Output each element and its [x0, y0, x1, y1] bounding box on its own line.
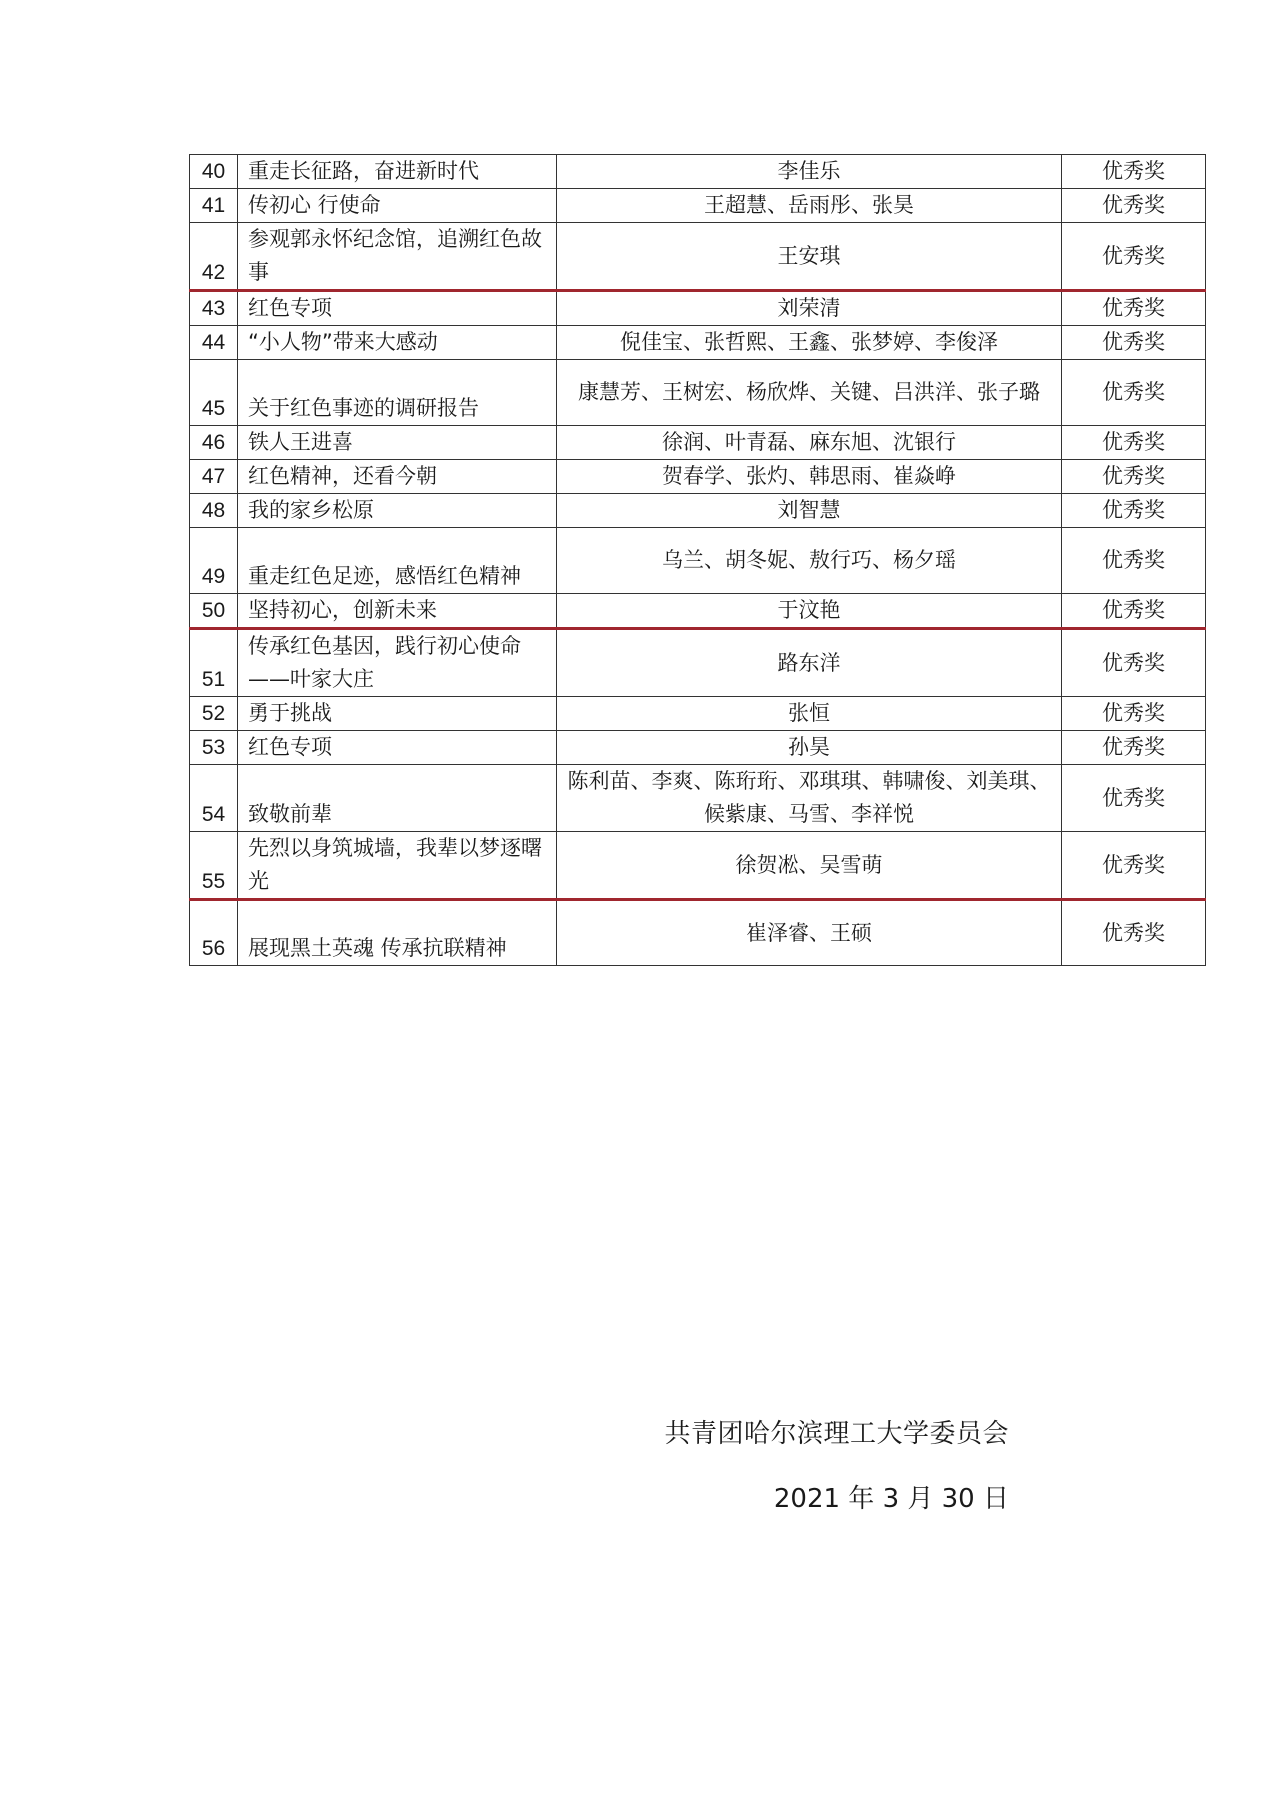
award-level: 优秀奖: [1062, 528, 1206, 594]
work-title: 红色专项: [238, 291, 557, 326]
row-number-text: 45: [190, 392, 237, 425]
participant-names-text: 张恒: [563, 697, 1055, 730]
award-table-body: 40 重走长征路，奋进新时代 李佳乐 优秀奖 41 传初心 行使命 王超慧、岳雨…: [190, 155, 1206, 966]
row-number: 45: [190, 360, 238, 426]
award-table: 40 重走长征路，奋进新时代 李佳乐 优秀奖 41 传初心 行使命 王超慧、岳雨…: [189, 154, 1206, 966]
row-number-text: 41: [190, 189, 237, 222]
row-number: 44: [190, 326, 238, 360]
row-number-text: 50: [190, 594, 237, 627]
participant-names-text: 崔泽睿、王硕: [563, 917, 1055, 950]
work-title-text: “小人物”带来大感动: [248, 326, 548, 359]
award-level-text: 优秀奖: [1062, 697, 1205, 730]
table-row: 55 先烈以身筑城墙，我辈以梦逐曙光 徐贺凇、吴雪萌 优秀奖: [190, 832, 1206, 900]
work-title-text: 参观郭永怀纪念馆，追溯红色故事: [248, 223, 548, 289]
work-title-text: 重走长征路，奋进新时代: [248, 155, 548, 188]
participant-names-text: 于汶艳: [563, 594, 1055, 627]
row-number-text: 51: [190, 663, 237, 696]
award-level: 优秀奖: [1062, 697, 1206, 731]
award-level: 优秀奖: [1062, 189, 1206, 223]
award-level-text: 优秀奖: [1062, 326, 1205, 359]
participant-names: 乌兰、胡冬妮、敖行巧、杨夕瑶: [557, 528, 1062, 594]
participant-names: 于汶艳: [557, 594, 1062, 629]
row-number-text: 47: [190, 460, 237, 493]
row-number: 52: [190, 697, 238, 731]
table-row: 46 铁人王进喜 徐润、叶青磊、麻东旭、沈银行 优秀奖: [190, 426, 1206, 460]
award-level: 优秀奖: [1062, 765, 1206, 832]
participant-names-text: 王安琪: [563, 240, 1055, 273]
row-number: 55: [190, 832, 238, 900]
participant-names-text: 徐贺凇、吴雪萌: [563, 849, 1055, 882]
award-level: 优秀奖: [1062, 832, 1206, 900]
table-row: 54 致敬前辈 陈利苗、李爽、陈珩珩、邓琪琪、韩啸俊、刘美琪、候紫康、马雪、李祥…: [190, 765, 1206, 832]
award-level: 优秀奖: [1062, 900, 1206, 966]
table-row: 51 传承红色基因，践行初心使命——叶家大庄 路东洋 优秀奖: [190, 629, 1206, 697]
row-number-text: 42: [190, 256, 237, 289]
participant-names-text: 康慧芳、王树宏、杨欣烨、关键、吕洪洋、张子璐: [563, 376, 1055, 409]
work-title-text: 先烈以身筑城墙，我辈以梦逐曙光: [248, 832, 548, 898]
award-level: 优秀奖: [1062, 426, 1206, 460]
row-number-text: 56: [190, 932, 237, 965]
work-title: 关于红色事迹的调研报告: [238, 360, 557, 426]
row-number-text: 49: [190, 560, 237, 593]
award-level: 优秀奖: [1062, 360, 1206, 426]
participant-names: 陈利苗、李爽、陈珩珩、邓琪琪、韩啸俊、刘美琪、候紫康、马雪、李祥悦: [557, 765, 1062, 832]
work-title-text: 展现黑土英魂 传承抗联精神: [248, 932, 548, 965]
row-number: 56: [190, 900, 238, 966]
row-number: 48: [190, 494, 238, 528]
row-number: 53: [190, 731, 238, 765]
table-row: 42 参观郭永怀纪念馆，追溯红色故事 王安琪 优秀奖: [190, 223, 1206, 291]
work-title-text: 红色专项: [248, 292, 548, 325]
participant-names: 孙昊: [557, 731, 1062, 765]
table-row: 41 传初心 行使命 王超慧、岳雨彤、张昊 优秀奖: [190, 189, 1206, 223]
work-title: 传承红色基因，践行初心使命——叶家大庄: [238, 629, 557, 697]
award-level-text: 优秀奖: [1062, 494, 1205, 527]
work-title: 重走长征路，奋进新时代: [238, 155, 557, 189]
work-title-text: 红色专项: [248, 731, 548, 764]
work-title: 传初心 行使命: [238, 189, 557, 223]
award-level: 优秀奖: [1062, 223, 1206, 291]
row-number: 40: [190, 155, 238, 189]
participant-names: 刘智慧: [557, 494, 1062, 528]
work-title: “小人物”带来大感动: [238, 326, 557, 360]
row-number: 50: [190, 594, 238, 629]
award-level: 优秀奖: [1062, 326, 1206, 360]
participant-names: 贺春学、张灼、韩思雨、崔焱峥: [557, 460, 1062, 494]
row-number-text: 52: [190, 697, 237, 730]
table-row: 40 重走长征路，奋进新时代 李佳乐 优秀奖: [190, 155, 1206, 189]
award-level-text: 优秀奖: [1062, 460, 1205, 493]
award-level: 优秀奖: [1062, 731, 1206, 765]
award-level-text: 优秀奖: [1062, 917, 1205, 950]
work-title: 铁人王进喜: [238, 426, 557, 460]
participant-names: 王安琪: [557, 223, 1062, 291]
table-row: 44 “小人物”带来大感动 倪佳宝、张哲熙、王鑫、张梦婷、李俊泽 优秀奖: [190, 326, 1206, 360]
award-level-text: 优秀奖: [1062, 189, 1205, 222]
award-level-text: 优秀奖: [1062, 240, 1205, 273]
award-level: 优秀奖: [1062, 629, 1206, 697]
work-title: 红色专项: [238, 731, 557, 765]
row-number: 51: [190, 629, 238, 697]
participant-names: 张恒: [557, 697, 1062, 731]
award-level-text: 优秀奖: [1062, 155, 1205, 188]
participant-names-text: 徐润、叶青磊、麻东旭、沈银行: [563, 426, 1055, 459]
award-level: 优秀奖: [1062, 460, 1206, 494]
work-title-text: 重走红色足迹，感悟红色精神: [248, 560, 548, 593]
issue-date: 2021 年 3 月 30 日: [774, 1478, 1009, 1515]
work-title: 我的家乡松原: [238, 494, 557, 528]
work-title-text: 坚持初心，创新未来: [248, 594, 548, 627]
participant-names: 刘荣清: [557, 291, 1062, 326]
work-title: 勇于挑战: [238, 697, 557, 731]
table-row: 49 重走红色足迹，感悟红色精神 乌兰、胡冬妮、敖行巧、杨夕瑶 优秀奖: [190, 528, 1206, 594]
work-title-text: 红色精神，还看今朝: [248, 460, 548, 493]
work-title: 先烈以身筑城墙，我辈以梦逐曙光: [238, 832, 557, 900]
work-title: 坚持初心，创新未来: [238, 594, 557, 629]
award-level-text: 优秀奖: [1062, 782, 1205, 815]
work-title: 参观郭永怀纪念馆，追溯红色故事: [238, 223, 557, 291]
work-title: 展现黑土英魂 传承抗联精神: [238, 900, 557, 966]
work-title-text: 传初心 行使命: [248, 189, 548, 222]
participant-names: 王超慧、岳雨彤、张昊: [557, 189, 1062, 223]
row-number-text: 43: [190, 292, 237, 325]
participant-names-text: 李佳乐: [563, 155, 1055, 188]
participant-names-text: 王超慧、岳雨彤、张昊: [563, 189, 1055, 222]
table-row: 47 红色精神，还看今朝 贺春学、张灼、韩思雨、崔焱峥 优秀奖: [190, 460, 1206, 494]
row-number-text: 54: [190, 798, 237, 831]
table-row: 48 我的家乡松原 刘智慧 优秀奖: [190, 494, 1206, 528]
participant-names: 倪佳宝、张哲熙、王鑫、张梦婷、李俊泽: [557, 326, 1062, 360]
row-number: 41: [190, 189, 238, 223]
participant-names: 康慧芳、王树宏、杨欣烨、关键、吕洪洋、张子璐: [557, 360, 1062, 426]
work-title: 致敬前辈: [238, 765, 557, 832]
participant-names-text: 路东洋: [563, 647, 1055, 680]
participant-names-text: 刘智慧: [563, 494, 1055, 527]
row-number-text: 44: [190, 326, 237, 359]
table-row: 52 勇于挑战 张恒 优秀奖: [190, 697, 1206, 731]
row-number-text: 40: [190, 155, 237, 188]
row-number: 47: [190, 460, 238, 494]
row-number: 54: [190, 765, 238, 832]
row-number: 43: [190, 291, 238, 326]
participant-names: 李佳乐: [557, 155, 1062, 189]
award-level-text: 优秀奖: [1062, 647, 1205, 680]
award-level-text: 优秀奖: [1062, 731, 1205, 764]
award-level-text: 优秀奖: [1062, 849, 1205, 882]
award-level: 优秀奖: [1062, 494, 1206, 528]
participant-names-text: 贺春学、张灼、韩思雨、崔焱峥: [563, 460, 1055, 493]
award-level-text: 优秀奖: [1062, 594, 1205, 627]
work-title-text: 铁人王进喜: [248, 426, 548, 459]
work-title-text: 勇于挑战: [248, 697, 548, 730]
table-row: 50 坚持初心，创新未来 于汶艳 优秀奖: [190, 594, 1206, 629]
award-level: 优秀奖: [1062, 155, 1206, 189]
table-row: 43 红色专项 刘荣清 优秀奖: [190, 291, 1206, 326]
award-level-text: 优秀奖: [1062, 426, 1205, 459]
award-level-text: 优秀奖: [1062, 376, 1205, 409]
participant-names: 路东洋: [557, 629, 1062, 697]
participant-names-text: 陈利苗、李爽、陈珩珩、邓琪琪、韩啸俊、刘美琪、候紫康、马雪、李祥悦: [563, 765, 1055, 831]
award-level-text: 优秀奖: [1062, 544, 1205, 577]
row-number-text: 48: [190, 494, 237, 527]
row-number: 42: [190, 223, 238, 291]
work-title: 红色精神，还看今朝: [238, 460, 557, 494]
row-number-text: 46: [190, 426, 237, 459]
row-number: 46: [190, 426, 238, 460]
work-title-text: 我的家乡松原: [248, 494, 548, 527]
table-row: 45 关于红色事迹的调研报告 康慧芳、王树宏、杨欣烨、关键、吕洪洋、张子璐 优秀…: [190, 360, 1206, 426]
row-number-text: 55: [190, 865, 237, 898]
work-title-text: 传承红色基因，践行初心使命——叶家大庄: [248, 630, 548, 696]
participant-names-text: 倪佳宝、张哲熙、王鑫、张梦婷、李俊泽: [563, 326, 1055, 359]
work-title: 重走红色足迹，感悟红色精神: [238, 528, 557, 594]
participant-names: 徐贺凇、吴雪萌: [557, 832, 1062, 900]
row-number-text: 53: [190, 731, 237, 764]
participant-names-text: 孙昊: [563, 731, 1055, 764]
issuing-organization: 共青团哈尔滨理工大学委员会: [664, 1413, 1009, 1450]
participant-names-text: 乌兰、胡冬妮、敖行巧、杨夕瑶: [563, 544, 1055, 577]
award-level-text: 优秀奖: [1062, 292, 1205, 325]
participant-names: 徐润、叶青磊、麻东旭、沈银行: [557, 426, 1062, 460]
table-row: 56 展现黑土英魂 传承抗联精神 崔泽睿、王硕 优秀奖: [190, 900, 1206, 966]
participant-names: 崔泽睿、王硕: [557, 900, 1062, 966]
work-title-text: 关于红色事迹的调研报告: [248, 392, 548, 425]
row-number: 49: [190, 528, 238, 594]
table-row: 53 红色专项 孙昊 优秀奖: [190, 731, 1206, 765]
award-level: 优秀奖: [1062, 594, 1206, 629]
work-title-text: 致敬前辈: [248, 798, 548, 831]
award-level: 优秀奖: [1062, 291, 1206, 326]
participant-names-text: 刘荣清: [563, 292, 1055, 325]
